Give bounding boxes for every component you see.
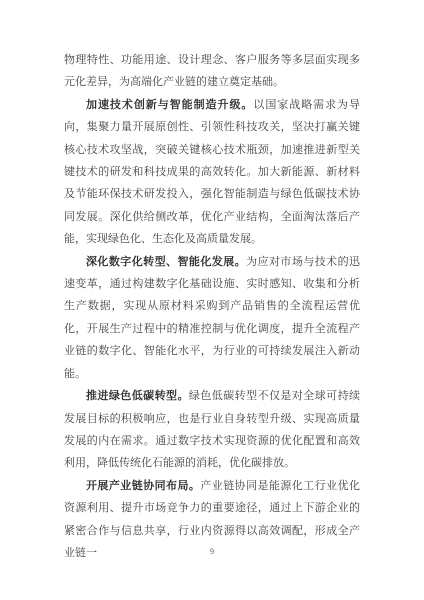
paragraph-text: 以国家战略需求为导向，集聚力量开展原创性、引领性科技攻关，坚决打赢关键核心技术攻… [64, 99, 360, 245]
paragraph-text: 物理特性、功能用途、设计理念、客户服务等多层面实现多元化差异，为高端化产业链的建… [64, 54, 360, 88]
paragraph-lead: 深化数字化转型、智能化发展。 [86, 256, 246, 268]
paragraph-tech-innovation: 加速技术创新与智能制造升级。以国家战略需求为导向，集聚力量开展原创性、引领性科技… [64, 94, 360, 251]
paragraph-text: 为应对市场与技术的迅速变革，通过构建数字化基础设施、实时感知、收集和分析生产数据… [64, 256, 360, 380]
document-page: 物理特性、功能用途、设计理念、客户服务等多层面实现多元化差异，为高端化产业链的建… [0, 0, 424, 600]
paragraph-lead: 推进绿色低碳转型。 [86, 390, 189, 402]
paragraph-lead: 开展产业链协同布局。 [86, 480, 200, 492]
paragraph-digital-transformation: 深化数字化转型、智能化发展。为应对市场与技术的迅速变革，通过构建数字化基础设施、… [64, 251, 360, 385]
page-number: 9 [0, 547, 424, 556]
paragraph-continuation: 物理特性、功能用途、设计理念、客户服务等多层面实现多元化差异，为高端化产业链的建… [64, 49, 360, 94]
paragraph-green-lowcarbon: 推进绿色低碳转型。绿色低碳转型不仅是对全球可持续发展目标的积极响应，也是行业自身… [64, 385, 360, 475]
paragraph-lead: 加速技术创新与智能制造升级。 [86, 99, 253, 111]
